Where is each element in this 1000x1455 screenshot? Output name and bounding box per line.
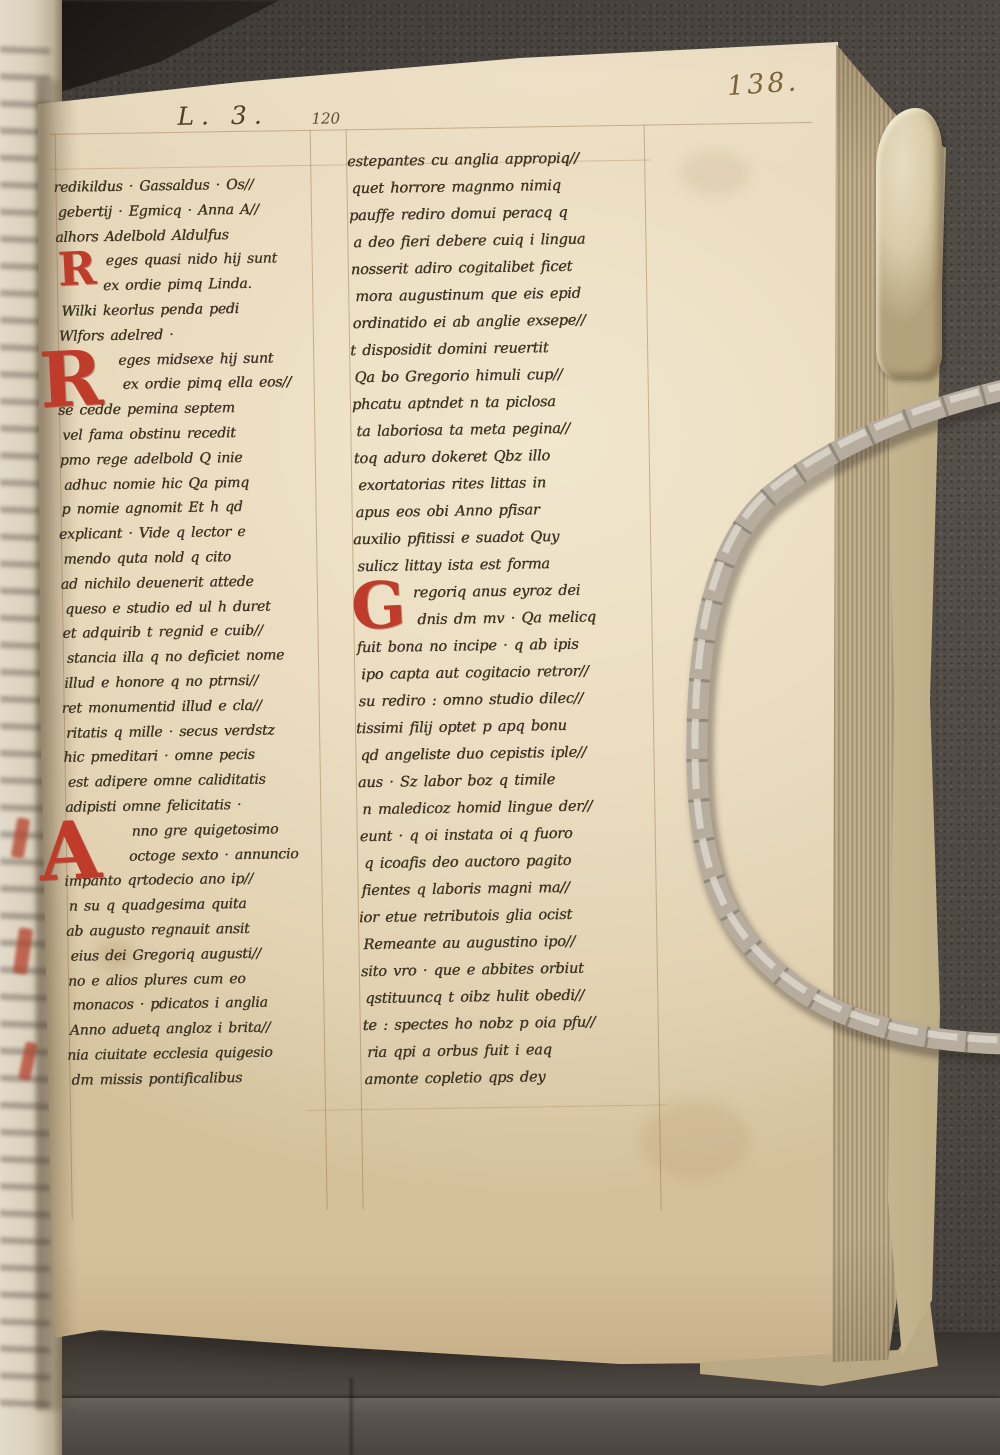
text-column-left: redikildus · Gassaldus · Os//gebertij · … bbox=[56, 172, 340, 1094]
text-line: dm missis pontificalibus bbox=[71, 1064, 340, 1093]
rubric-initial: A bbox=[37, 809, 103, 892]
text-line: amonte copletio qps dey bbox=[364, 1062, 670, 1094]
written-area: L. 3. 120 138. redikildus · Gassaldus · … bbox=[0, 0, 1000, 1455]
folio-number: 138. bbox=[726, 66, 800, 102]
text-line: octoge sexto · annuncio bbox=[67, 841, 337, 870]
quire-mark: L. 3. bbox=[177, 100, 269, 130]
rubric-initial: R bbox=[38, 340, 105, 419]
leaf-number: 120 bbox=[311, 109, 340, 127]
ruling-line-top bbox=[50, 122, 812, 135]
manuscript-photo: { "page": { "quire_mark": "L. 3.", "leaf… bbox=[0, 0, 1000, 1455]
rubric-initial: G bbox=[350, 573, 408, 640]
rubric-initial: R bbox=[57, 245, 98, 293]
